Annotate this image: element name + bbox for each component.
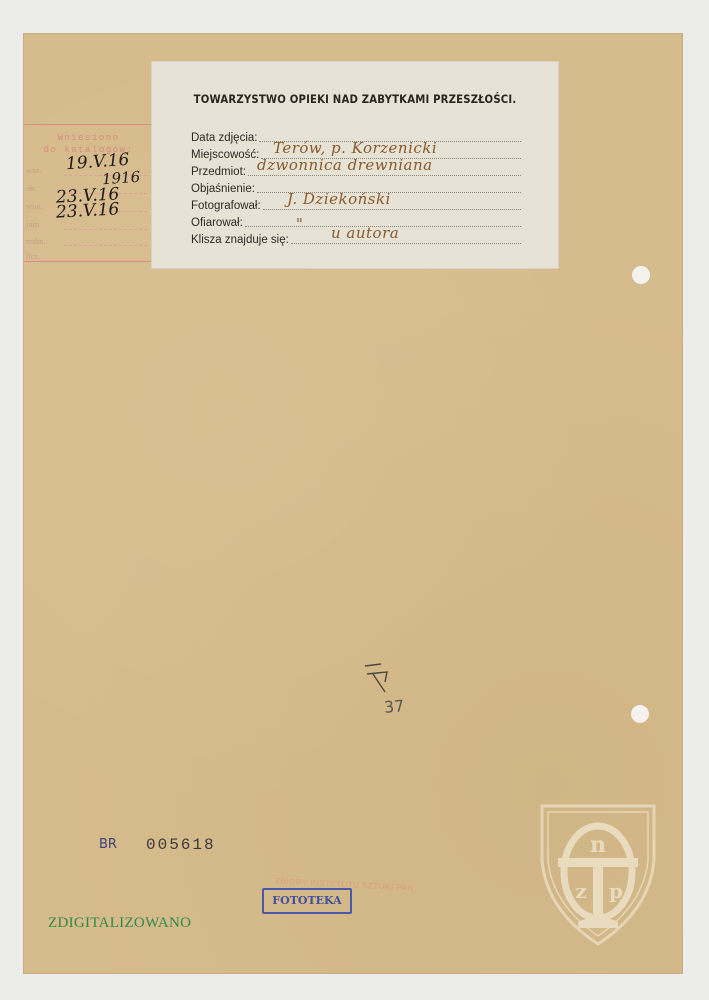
field-photographer: Fotografował: J. Dziekoński [191,196,521,213]
field-label: Ofiarował: [191,216,243,230]
field-value-handwritten: J. Dziekoński [287,190,391,208]
label-fields: Data zdjęcia: Miejscowość: Terów, p. Kor… [191,128,521,247]
stamp-row-label: wsz. [26,165,41,175]
svg-text:z: z [575,879,586,903]
svg-text:n: n [590,832,606,858]
stamp-row-label: redm. [26,236,46,246]
punch-hole-lower [631,705,649,723]
stamp-row-label: wiat. [26,201,43,211]
svg-text:p: p [609,879,623,903]
stamp-row-label: ium [26,219,39,229]
field-value-handwritten: Terów, p. Korzenicki [273,139,437,157]
inventory-number: 005618 [146,836,216,854]
society-label-card: TOWARZYSTWO OPIEKI NAD ZABYTKAMI PRZESZŁ… [152,62,558,268]
field-label: Fotografował: [191,199,261,213]
stamp-header-line1: Wniesiono [24,133,153,143]
stamp-row-label: nb. [26,183,37,193]
pencil-number: 37 [383,696,405,717]
field-negative-location: Klisza znajduje się: u autora [191,230,521,247]
handwritten-date: 23.V.16 [56,199,120,222]
label-title: TOWARZYSTWO OPIEKI NAD ZABYTKAMI PRZESZŁ… [176,92,533,106]
field-label: Objaśnienie: [191,182,255,196]
field-label: Klisza znajduje się: [191,233,289,247]
stamp-row-line [64,229,147,230]
fototeka-stamp: FOTOTEKA [262,888,352,914]
field-label: Miejscowość: [191,148,259,162]
field-label: Przedmiot: [191,165,246,179]
punch-hole-upper [632,266,650,284]
stamp-row-line [64,245,147,246]
society-shield-logo-icon: n z p [538,800,658,948]
field-label: Data zdjęcia: [191,131,257,145]
catalogue-stamp: Wniesiono do katalogów: wsz. nb. wiat. i… [24,124,154,262]
field-subject: Przedmiot: dzwonnica drewniana [191,162,521,179]
inventory-prefix: BR [99,837,117,852]
stamp-row-label: licz. [26,251,40,261]
field-value-handwritten: u autora [331,224,399,242]
digitized-stamp: ZDIGITALIZOWANO [48,915,191,932]
field-value-handwritten: dzwonnica drewniana [257,156,433,174]
